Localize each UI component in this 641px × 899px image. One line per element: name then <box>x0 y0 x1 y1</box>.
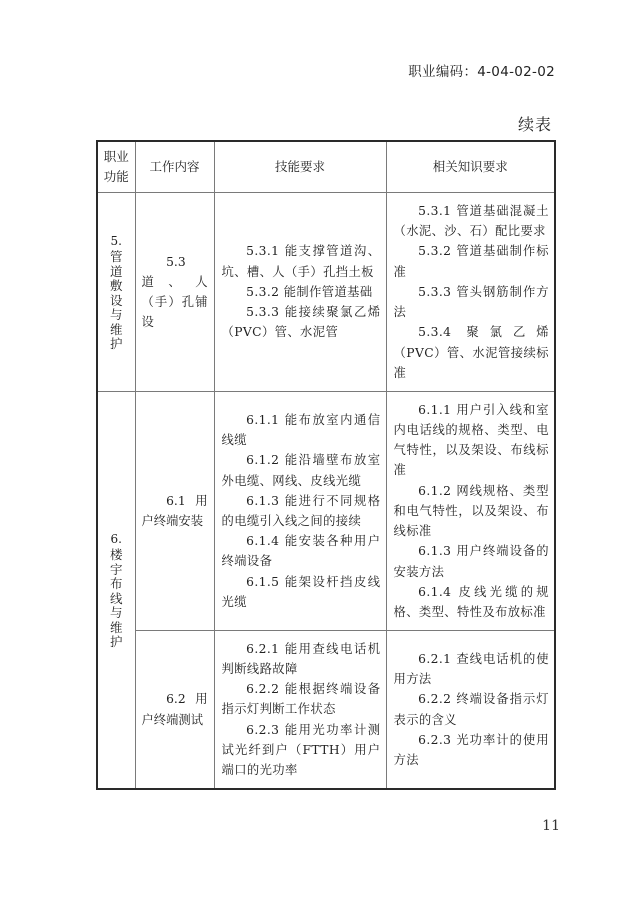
knowledge-item: 5.3.4 聚氯乙烯（PVC）管、水泥管接续标准 <box>394 322 550 383</box>
table-row: 6. 楼宇布线与维护 6.1 用户终端安装 6.1.1 能布放室内通信线缆 6.… <box>97 392 555 631</box>
skill-item: 6.2.1 能用查线电话机判断线路故障 <box>222 639 381 679</box>
knowledge-cell: 6.1.1 用户引入线和室内电话线的规格、类型、电气特性，以及架设、布线标准 6… <box>386 392 555 631</box>
work-content: 6.2 用户终端测试 <box>142 689 208 729</box>
knowledge-item: 6.2.1 查线电话机的使用方法 <box>394 649 550 689</box>
skill-item: 6.1.1 能布放室内通信线缆 <box>222 410 381 450</box>
function-name: 管道敷设与维护 <box>109 250 123 352</box>
function-cell: 6. 楼宇布线与维护 <box>97 392 135 790</box>
knowledge-item: 6.1.4 皮线光缆的规格、类型、特性及布放标准 <box>394 582 550 622</box>
work-content: 5.3 道、人（手）孔铺设 <box>142 252 208 333</box>
table-row: 6.2 用户终端测试 6.2.1 能用查线电话机判断线路故障 6.2.2 能根据… <box>97 631 555 790</box>
skill-item: 5.3.2 能制作管道基础 <box>222 282 381 302</box>
header-skill-requirements: 技能要求 <box>214 141 386 193</box>
header-work-content: 工作内容 <box>135 141 214 193</box>
page-number: 11 <box>520 818 560 834</box>
header-knowledge-requirements: 相关知识要求 <box>386 141 555 193</box>
table-header-row: 职业功能 工作内容 技能要求 相关知识要求 <box>97 141 555 193</box>
skill-item: 6.1.2 能沿墙壁布放室外电缆、网线、皮线光缆 <box>222 450 381 490</box>
skill-item: 5.3.3 能接续聚氯乙烯（PVC）管、水泥管 <box>222 302 381 342</box>
knowledge-item: 6.1.1 用户引入线和室内电话线的规格、类型、电气特性，以及架设、布线标准 <box>394 400 550 481</box>
skill-item: 5.3.1 能支撑管道沟、坑、槽、人（手）孔挡土板 <box>222 241 381 281</box>
skill-item: 6.2.2 能根据终端设备指示灯判断工作状态 <box>222 679 381 719</box>
skill-item: 6.2.3 能用光功率计测试光纤到户（FTTH）用户端口的光功率 <box>222 720 381 781</box>
knowledge-item: 6.1.3 用户终端设备的安装方法 <box>394 541 550 581</box>
skills-table: 职业功能 工作内容 技能要求 相关知识要求 5. 管道敷设与维护 5.3 道、人… <box>96 140 556 790</box>
skill-item: 6.1.5 能架设杆挡皮线光缆 <box>222 572 381 612</box>
work-content-cell: 5.3 道、人（手）孔铺设 <box>135 193 214 392</box>
skills-cell: 6.1.1 能布放室内通信线缆 6.1.2 能沿墙壁布放室外电缆、网线、皮线光缆… <box>214 392 386 631</box>
knowledge-item: 5.3.2 管道基础制作标准 <box>394 241 550 281</box>
skill-item: 6.1.3 能进行不同规格的电缆引入线之间的接续 <box>222 491 381 531</box>
occupation-code: 职业编码：4-04-02-02 <box>370 60 555 80</box>
knowledge-cell: 5.3.1 管道基础混凝土（水泥、沙、石）配比要求 5.3.2 管道基础制作标准… <box>386 193 555 392</box>
work-content-cell: 6.2 用户终端测试 <box>135 631 214 790</box>
skill-item: 6.1.4 能安装各种用户终端设备 <box>222 531 381 571</box>
skills-cell: 5.3.1 能支撑管道沟、坑、槽、人（手）孔挡土板 5.3.2 能制作管道基础 … <box>214 193 386 392</box>
function-number: 6. <box>98 530 135 548</box>
skills-cell: 6.2.1 能用查线电话机判断线路故障 6.2.2 能根据终端设备指示灯判断工作… <box>214 631 386 790</box>
work-content-cell: 6.1 用户终端安装 <box>135 392 214 631</box>
table-row: 5. 管道敷设与维护 5.3 道、人（手）孔铺设 5.3.1 能支撑管道沟、坑、… <box>97 193 555 392</box>
function-cell: 5. 管道敷设与维护 <box>97 193 135 392</box>
header-function: 职业功能 <box>97 141 135 193</box>
knowledge-item: 6.2.3 光功率计的使用方法 <box>394 730 550 770</box>
knowledge-item: 6.1.2 网线规格、类型和电气特性，以及架设、布线标准 <box>394 481 550 542</box>
work-content: 6.1 用户终端安装 <box>142 491 208 531</box>
knowledge-cell: 6.2.1 查线电话机的使用方法 6.2.2 终端设备指示灯表示的含义 6.2.… <box>386 631 555 790</box>
continued-label: 续表 <box>480 112 552 135</box>
knowledge-item: 5.3.3 管头钢筋制作方法 <box>394 282 550 322</box>
knowledge-item: 5.3.1 管道基础混凝土（水泥、沙、石）配比要求 <box>394 201 550 241</box>
function-number: 5. <box>98 232 135 250</box>
knowledge-item: 6.2.2 终端设备指示灯表示的含义 <box>394 689 550 729</box>
function-name: 楼宇布线与维护 <box>109 548 123 650</box>
